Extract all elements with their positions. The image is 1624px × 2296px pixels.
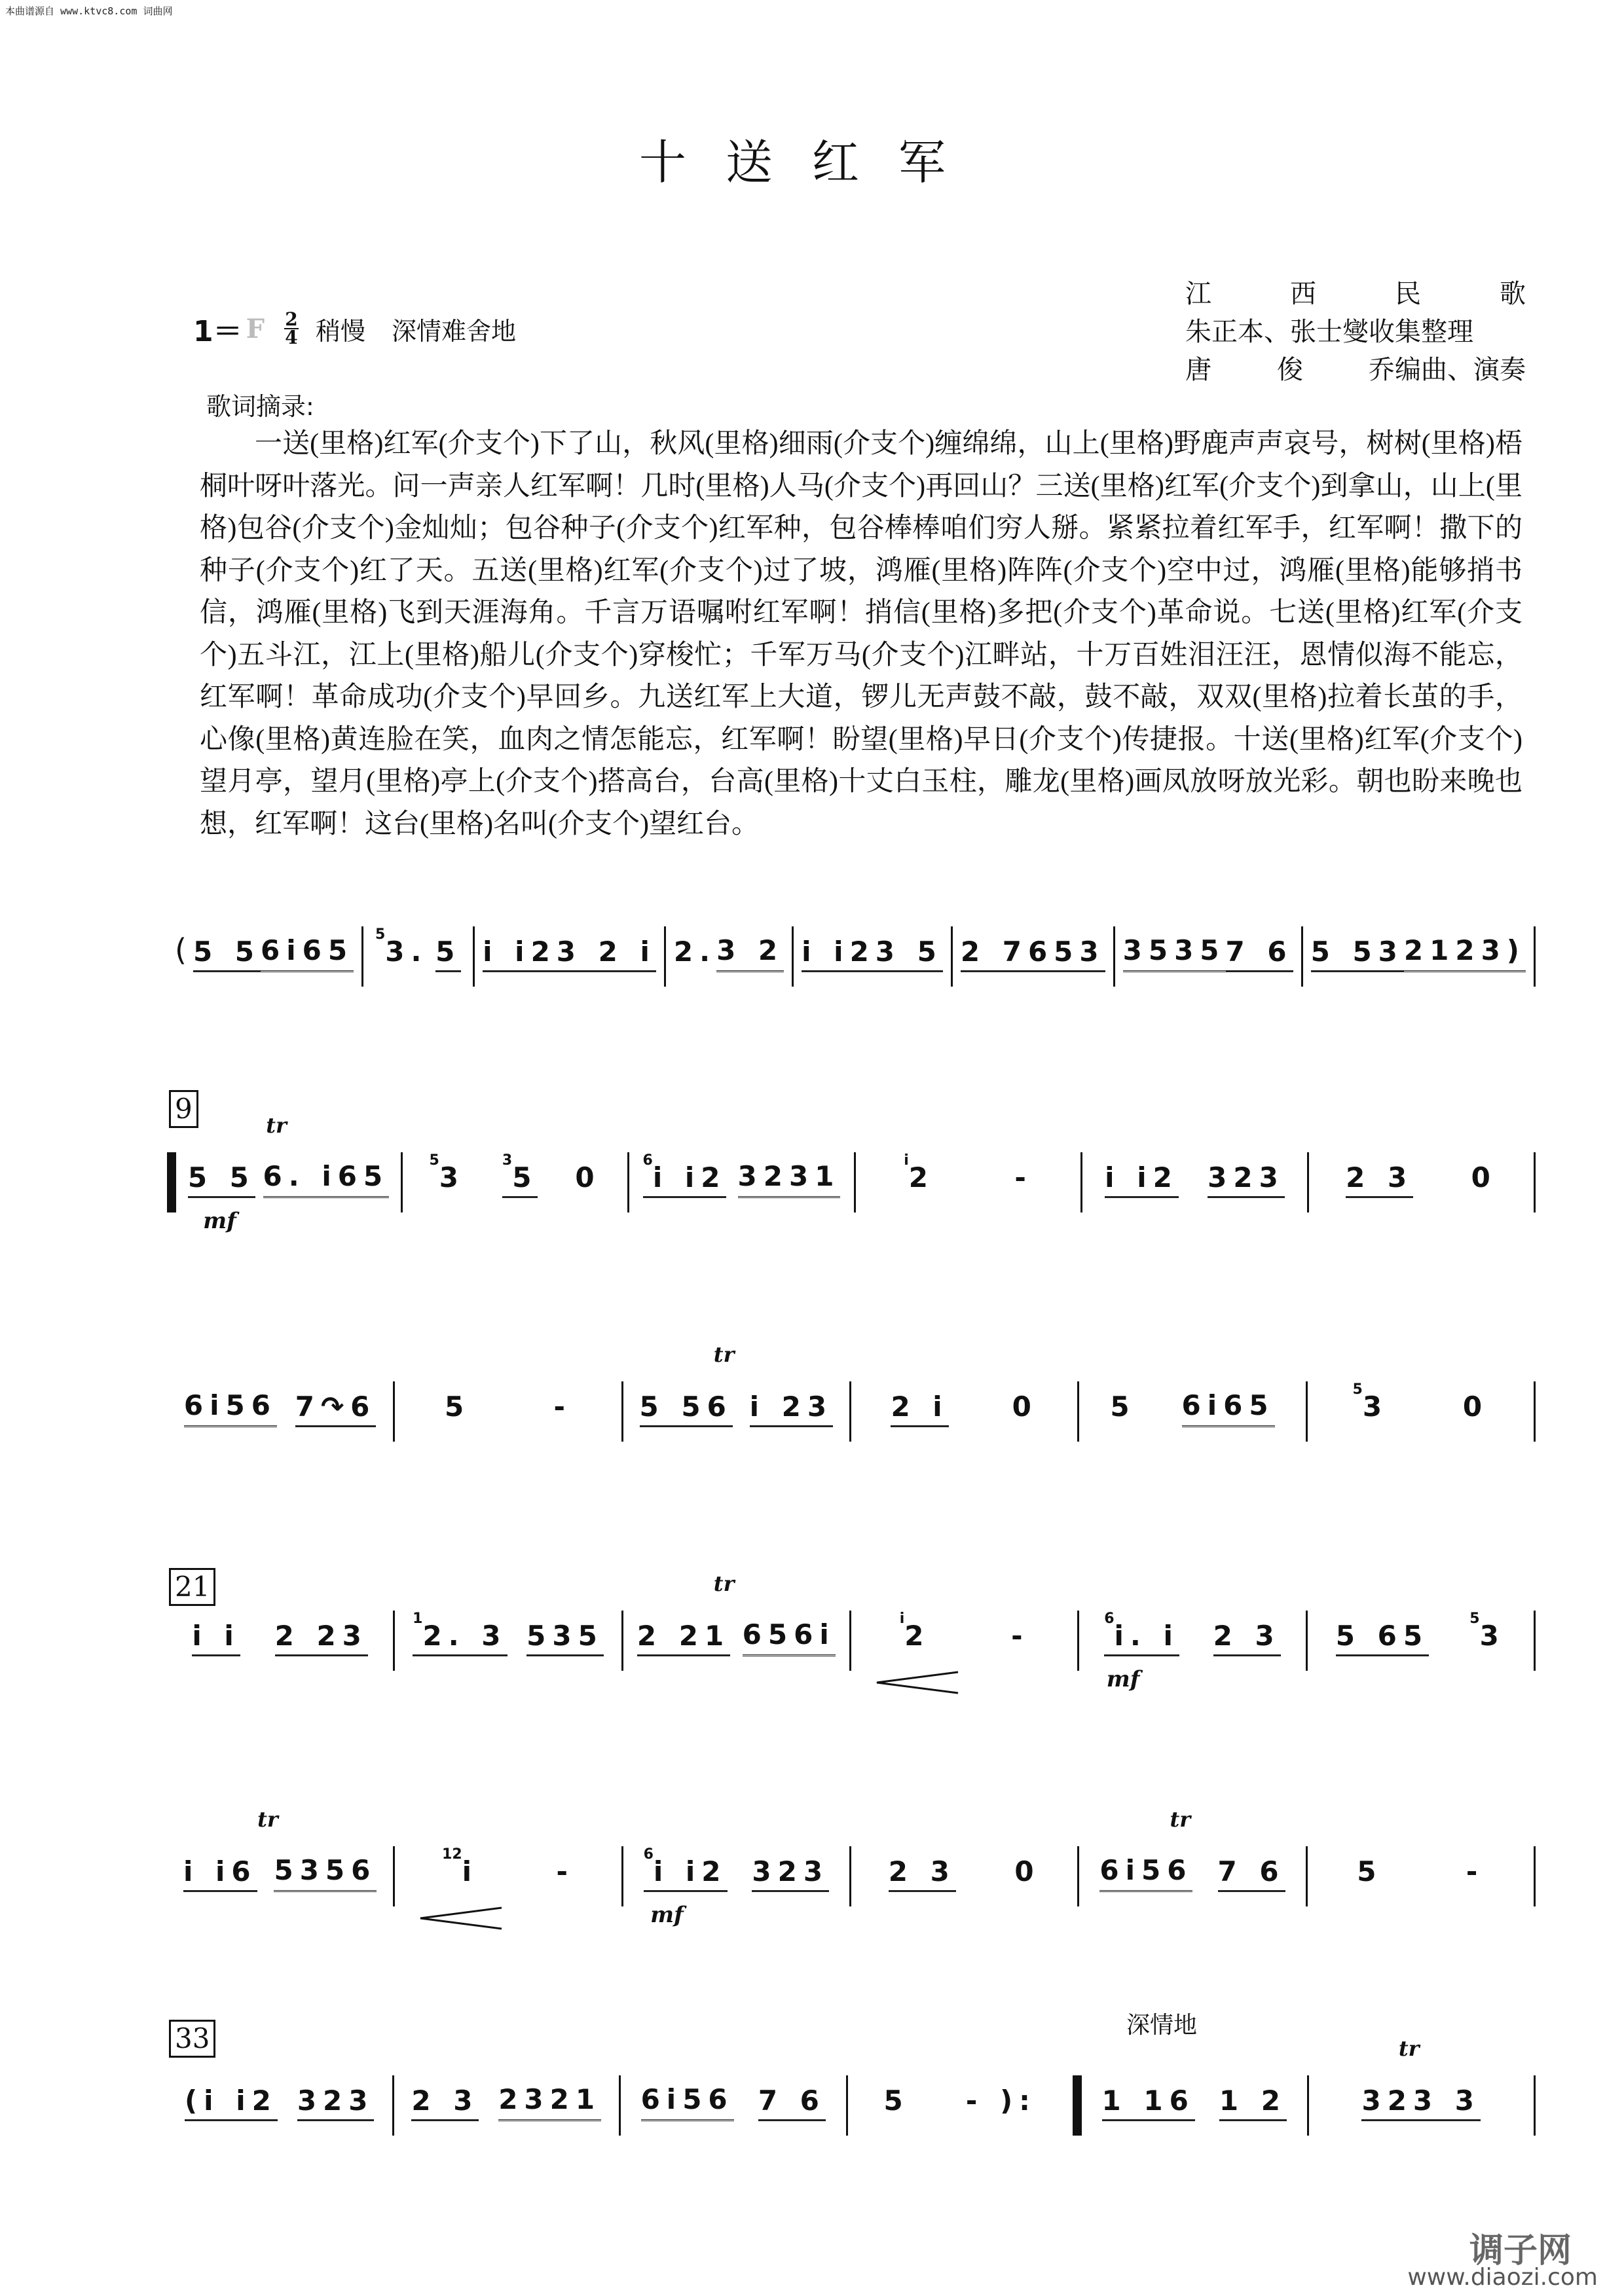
score-system: i i2 2312. 35352 21656itri2-6i. i2 3mf5 …: [167, 1597, 1536, 1656]
note-group: i2: [904, 1161, 934, 1198]
rehearsal-mark: 33: [169, 2020, 215, 2058]
repeat-end-barline: [1073, 2075, 1082, 2136]
grace-note: 5: [429, 1152, 439, 1169]
note-group: 0: [1463, 1391, 1488, 1427]
rehearsal-mark: 9: [169, 1090, 198, 1128]
note-group: i2: [900, 1620, 931, 1656]
note-group: 12. 3: [413, 1620, 507, 1656]
measure: 2 30: [1309, 1139, 1534, 1198]
note-group: 0: [575, 1161, 600, 1198]
note-group: 7 6: [758, 2085, 826, 2121]
grace-note: 1: [413, 1611, 422, 1627]
note-group: 0: [1014, 1855, 1040, 1892]
grace-note: 6: [1104, 1611, 1114, 1627]
note-group: 6i56: [184, 1389, 277, 1427]
key-label: 1＝: [193, 308, 242, 350]
note-group: 3535: [1123, 934, 1226, 972]
note-group: 3 2: [716, 934, 784, 972]
measure: 2 i0: [851, 1368, 1077, 1427]
note-group: 5: [435, 936, 461, 972]
note-group: (i i2: [185, 2085, 278, 2121]
note-group: 5 5: [188, 1161, 255, 1198]
measure: 6i567↷6: [167, 1368, 393, 1427]
trill-ornament: tr: [714, 1571, 735, 1596]
grace-note: 3: [502, 1152, 512, 1169]
note-group: 6i i2: [643, 1161, 727, 1198]
final-barline: [1534, 926, 1536, 987]
measure: i i2 23: [167, 1597, 393, 1656]
note-group: 3 5: [876, 936, 943, 972]
note-group: 5 65: [1336, 1620, 1429, 1656]
crescendo-hairpin: [418, 1905, 503, 1931]
crescendo-hairpin: [874, 1669, 959, 1696]
note-group: 1 2: [1219, 2085, 1287, 2121]
note-group: 323: [1208, 1161, 1285, 1198]
note-group: 2321: [498, 2083, 601, 2121]
note-group: 2 i: [891, 1391, 948, 1427]
trill-ornament: tr: [1399, 2036, 1420, 2061]
source-line: 本曲谱源自 www.ktvc8.com 词曲网: [5, 4, 172, 18]
expression-marking: 深情难舍地: [392, 311, 516, 347]
measure: 5 532123): [1303, 913, 1534, 972]
dynamic-marking: mf: [1107, 1666, 1140, 1692]
note-group: 6i65: [1182, 1389, 1275, 1427]
measure: 323 3tr: [1309, 2062, 1534, 2121]
measure: 2 30: [851, 1833, 1077, 1892]
song-title: 十送红军: [0, 124, 1624, 192]
final-barline: [1534, 1152, 1536, 1212]
note-group: 0: [1012, 1391, 1038, 1427]
note-group: 2 23: [275, 1620, 368, 1656]
note-group: 1 16: [1102, 2085, 1195, 2121]
note-group: 5 5: [193, 936, 261, 972]
note-group: 2123): [1404, 934, 1526, 972]
dynamic-marking: mf: [650, 1902, 684, 1928]
measure: i i23 2 i: [475, 913, 664, 972]
measure: (i i2323: [167, 2062, 392, 2121]
note-group: 6i56: [1099, 1854, 1192, 1892]
grace-note: i: [904, 1152, 909, 1169]
measure: i i2323: [1082, 1139, 1307, 1198]
final-barline: [1534, 1381, 1536, 1442]
note-group: i i2: [483, 936, 557, 972]
note-group: -: [554, 1391, 572, 1427]
measure: 12i-: [395, 1833, 621, 1892]
score-system: 5 56. i65trmf533506i i23231i2-i i23232 3…: [167, 1139, 1536, 1198]
note-group: 53.: [375, 936, 428, 972]
time-signature: 2 4: [284, 311, 299, 346]
measure: 5 56i 23tr: [623, 1368, 849, 1427]
key-letter: F: [246, 314, 265, 344]
note-group: i i6: [183, 1855, 257, 1892]
measure: 35357 6: [1115, 913, 1301, 972]
note-group: 6i. i: [1104, 1620, 1179, 1656]
note-group: 2 3: [411, 2085, 479, 2121]
score-system: (5 56i6553.5i i23 2 i2.3 2i i23 52 76533…: [167, 913, 1536, 972]
note-group: 323 3: [1361, 2085, 1481, 2121]
measure: 6i i23231: [629, 1139, 854, 1198]
measure: 5-: [395, 1368, 621, 1427]
note-group: 2 7: [961, 936, 1028, 972]
trill-ornament: tr: [1170, 1807, 1190, 1832]
note-group: 6i i2: [644, 1855, 728, 1892]
measure: (5 56i65: [167, 913, 361, 972]
measure: 12. 3535: [395, 1597, 621, 1656]
note-group: 5: [1357, 1855, 1382, 1892]
measure: 2.3 2: [666, 913, 792, 972]
score-system: i i65356tr12i-6i i2323mf2 306i567 6tr5-: [167, 1833, 1536, 1892]
final-barline: [1534, 2075, 1536, 2136]
note-group: i i2: [1105, 1161, 1179, 1198]
final-barline: [1534, 1611, 1536, 1671]
note-group: 323: [752, 1855, 829, 1892]
grace-note: 5: [375, 926, 385, 943]
trill-ornament: tr: [714, 1342, 735, 1367]
section-expression: 深情地: [1126, 2007, 1197, 2040]
measure: 1 161 2: [1082, 2062, 1307, 2121]
note-group: -: [1014, 1161, 1032, 1198]
measure: i i23 5: [794, 913, 951, 972]
note-group: 53: [429, 1161, 465, 1198]
repeat-start-barline: [167, 1152, 176, 1212]
credit-collectors: 朱正本、张士燮收集整理: [1185, 313, 1526, 351]
note-group: 6. i65: [263, 1160, 390, 1198]
note-group: 7↷6: [295, 1391, 377, 1427]
credits: 江西民歌 朱正本、张士燮收集整理 唐俊乔编曲、演奏: [1185, 275, 1526, 389]
note-group: -: [556, 1855, 574, 1892]
grace-note: 12: [442, 1846, 462, 1863]
note-group: 35: [502, 1161, 538, 1198]
measure: 2 7653: [953, 913, 1113, 972]
measure: 6i i2323mf: [623, 1833, 849, 1892]
lyrics-text: 一送(里格)红军(介支个)下了山，秋风(里格)细雨(介支个)缠绵绵，山上(里格)…: [200, 423, 1522, 845]
note-group: 7 6: [1226, 936, 1293, 972]
measure: 6i. i2 3mf: [1079, 1597, 1305, 1656]
key-signature-line: 1＝ F 2 4 稍慢 深情难舍地: [193, 308, 516, 350]
credit-arranger: 唐俊乔编曲、演奏: [1185, 351, 1526, 389]
note-group: - ):: [966, 2085, 1037, 2121]
watermark-url: www.diaozi.com: [1407, 2264, 1598, 2291]
measure: 56i65: [1079, 1368, 1305, 1427]
note-group: 2 3: [889, 1855, 956, 1892]
measure: 2 21656itr: [623, 1597, 849, 1656]
note-group: 535: [526, 1620, 604, 1656]
measure: 2 32321: [394, 2062, 619, 2121]
measure: 5 56. i65trmf: [176, 1139, 401, 1198]
note-group: i i: [192, 1620, 240, 1656]
measure: 53.5: [363, 913, 473, 972]
note-group: 5 56: [640, 1391, 733, 1427]
score-system: 6i567↷65-5 56i 23tr2 i056i65530: [167, 1368, 1536, 1427]
grace-note: 6: [644, 1846, 654, 1863]
measure: 5- ):: [848, 2062, 1073, 2121]
tempo-marking: 稍慢: [316, 311, 365, 347]
note-group: -: [1011, 1620, 1029, 1656]
score-system: (i i23232 323216i567 65- ):1 161 2323 3t…: [167, 2062, 1536, 2121]
note-group: 3231: [738, 1160, 841, 1198]
note-group: 53: [1353, 1391, 1389, 1427]
note-group: 2.: [674, 936, 716, 972]
note-group: 53: [1469, 1620, 1505, 1656]
note-group: 2 3: [1213, 1620, 1281, 1656]
note-group: 656i: [743, 1618, 836, 1656]
note-group: 0: [1471, 1161, 1497, 1198]
note-group: -: [1466, 1855, 1484, 1892]
note-group: 5356: [274, 1854, 377, 1892]
measure: 6i567 6tr: [1079, 1833, 1305, 1892]
measure: 53350: [403, 1139, 627, 1198]
measure: i i65356tr: [167, 1833, 393, 1892]
grace-note: 6: [643, 1152, 653, 1169]
measure: 6i567 6: [621, 2062, 846, 2121]
measure: 5 6553: [1308, 1597, 1534, 1656]
measure: 530: [1308, 1368, 1534, 1427]
lyrics-label: 歌词摘录:: [206, 386, 314, 422]
final-barline: [1534, 1846, 1536, 1906]
note-group: 3 2 i: [557, 936, 656, 972]
note-group: 12i: [442, 1855, 478, 1892]
note-group: 653: [1028, 936, 1105, 972]
note-group: 5: [445, 1391, 470, 1427]
note-group: 2 21: [637, 1620, 730, 1656]
note-group: 5: [884, 2085, 910, 2121]
note-group: i i2: [802, 936, 876, 972]
grace-note: i: [900, 1611, 905, 1627]
note-group: (: [175, 932, 193, 972]
trill-ornament: tr: [257, 1807, 278, 1832]
grace-note: 5: [1353, 1381, 1363, 1398]
trill-ornament: tr: [266, 1113, 287, 1138]
measure: i2-: [851, 1597, 1077, 1656]
note-group: 323: [297, 2085, 375, 2121]
note-group: 5 53: [1311, 936, 1404, 972]
note-group: 5: [1110, 1391, 1135, 1427]
note-group: 6i65: [261, 934, 354, 972]
measure: i2-: [856, 1139, 1080, 1198]
note-group: 2 3: [1346, 1161, 1413, 1198]
measure: 5-: [1308, 1833, 1534, 1892]
dynamic-marking: mf: [203, 1208, 236, 1234]
grace-note: 5: [1469, 1611, 1479, 1627]
note-group: i 23: [750, 1391, 833, 1427]
credit-origin: 江西民歌: [1185, 275, 1526, 313]
note-group: 6i56: [641, 2083, 734, 2121]
note-group: 7 6: [1218, 1855, 1285, 1892]
